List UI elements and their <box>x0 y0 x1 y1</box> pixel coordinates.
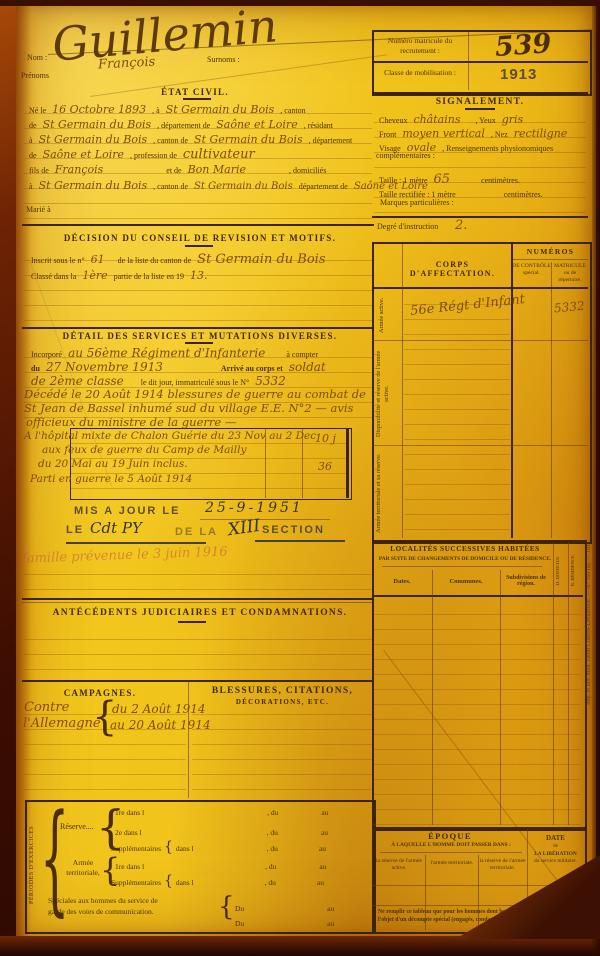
epoque-subtitle: À LAQUELLE L'HOMME DOIT PASSER DANS : <box>376 842 526 848</box>
matricule-box-divider <box>372 61 588 63</box>
au-label: au <box>327 904 334 913</box>
photo-right-edge <box>592 0 600 956</box>
subdivisions-col-label: Subdivisions de région. <box>498 575 554 587</box>
departement-label: , département <box>309 136 353 145</box>
stamp-underline1 <box>200 519 330 520</box>
canton-label: , canton <box>280 106 305 115</box>
section-stamp: SECTION <box>262 524 325 536</box>
immatricule-label: le dit jour, immatriculé sous le N° <box>141 378 249 387</box>
au-label: au <box>319 862 326 871</box>
corps-row-matricule: 5332 <box>553 299 585 316</box>
canton-de-label: , canton de <box>153 182 188 191</box>
epoque-ornament <box>380 852 522 853</box>
small-brace: { <box>164 839 173 855</box>
liste-numero: 61 <box>91 253 105 266</box>
hospital-days-value1: 10 j <box>315 432 336 445</box>
liste-canton-value: St Germain du Bois <box>197 252 325 267</box>
liberation-col-label: DATE de LA LIBÉRATION du service militai… <box>528 834 583 865</box>
son-of-label: fils de <box>29 166 49 175</box>
speciales-line2: garde des voies de communication. <box>48 907 154 916</box>
deces-line3: officieux du ministre de la guerre — <box>26 415 236 429</box>
de-label: de <box>29 121 37 130</box>
photo-top-edge <box>0 0 600 6</box>
du-label: , du <box>267 808 278 817</box>
centimetres-label: centimètres. <box>504 190 543 199</box>
reserve-row1: 1re dans l, duau <box>112 808 332 817</box>
mother-name: Bon Marie <box>188 163 246 176</box>
firstname-handwritten: François <box>98 55 156 73</box>
hospital-days-value2: 36 <box>318 460 332 473</box>
residant-label: , résidant <box>304 121 333 130</box>
complementaires-label: complémentaires : <box>376 151 435 160</box>
departement-de-label: département de <box>299 182 348 191</box>
surnoms-label: Surnoms : <box>207 55 240 64</box>
liberation-word: LA LIBÉRATION <box>534 851 577 857</box>
disponibilite-side-label: Disponibilité et réserve de l'armée acti… <box>375 348 391 440</box>
decision-title: DÉCISION DU CONSEIL DE REVISION ET MOTIF… <box>60 233 340 243</box>
profession-label: , profession de <box>130 151 177 160</box>
marie-label: Marié à <box>26 205 51 214</box>
deces-line2: St Jean de Bassel inhumé sud du village … <box>24 401 353 415</box>
post-stamp-ruling <box>24 560 372 596</box>
matricule-number-value: 539 <box>494 28 552 63</box>
reserve-2e-label: 2e dans l <box>115 828 142 837</box>
campagne-date-debut: du 2 Août 1914 <box>112 702 205 716</box>
de-label: de <box>29 151 37 160</box>
commandant-pen: Cdt PY <box>90 519 142 537</box>
matricule-repertoire-col: MATRICULE ou de répertoire. <box>552 263 588 284</box>
reserve-1re-label: 1re dans l <box>115 808 144 817</box>
degre-instruction-value: 2. <box>455 218 467 233</box>
degre-instruction-label: Degré d'instruction <box>377 222 438 231</box>
signalement-title: SIGNALEMENT. <box>400 97 560 107</box>
reserve-row3: Supplémentaires{dans l, duau <box>108 838 329 856</box>
mis-a-jour-date-pen: 25-9-1951 <box>205 500 304 516</box>
dans-label: dans l <box>176 878 194 887</box>
epoque-col2-label: l'armée territoriale. <box>426 860 478 867</box>
partie-liste-label: partie de la liste en 19 <box>114 272 184 281</box>
canton-de-label: , canton de <box>153 136 188 145</box>
inscrit-label: Inscrit sous le n° <box>31 256 85 265</box>
residence-col-label: R. RÉSIDENCE. <box>570 548 575 592</box>
campagnes-divider <box>188 680 189 798</box>
mobilisation-class-label: Classe de mobilisation : <box>376 68 464 78</box>
antecedents-title: ANTÉCÉDENTS JUDICIAIRES ET CONDAMNATIONS… <box>40 608 360 618</box>
armee-active-side-label: Armée active. <box>378 292 385 338</box>
immatricule-number: 5332 <box>255 374 286 388</box>
corps-affectation-title: CORPS D'AFFECTATION. <box>395 260 510 278</box>
au-label: au <box>319 844 326 853</box>
photo-left-edge <box>0 0 16 956</box>
antecedents-title-underline <box>178 621 206 623</box>
service-word: du service militaire. <box>534 858 577 864</box>
dans-label: dans l <box>176 844 194 853</box>
au-label: au <box>321 808 328 817</box>
Du-label: Du <box>235 904 244 913</box>
numeros-title: NUMÉROS <box>513 247 588 256</box>
au-label: au <box>321 828 328 837</box>
services-title: DÉTAIL DES SERVICES ET MUTATIONS DIVERSE… <box>45 331 355 341</box>
classe-label: Classé dans la <box>31 272 76 281</box>
du-label: , du <box>265 878 276 887</box>
matricule-box-vdivider <box>468 32 469 90</box>
prenoms-label: Prénoms <box>21 71 49 80</box>
territoriale-row2: Supplémentaires{dans l, duau <box>108 872 327 890</box>
campagne-contre: Contre <box>24 700 69 715</box>
marques-label: Marques particulières : <box>380 198 454 207</box>
epoque-col3-label: la réserve de l'armée territoriale. <box>478 858 527 873</box>
corps-sidebar-divider <box>402 244 403 538</box>
renseignements-label: , Renseignements physionomiques <box>442 144 553 153</box>
military-record-sheet: Guillemin Nom : Prénoms François Surnoms… <box>0 0 600 956</box>
domicile-col-label: D. DOMICILE. <box>555 548 560 592</box>
localites-header-rule <box>372 595 583 597</box>
annee-value: 13. <box>190 269 208 282</box>
armee-word: Armée <box>73 858 93 867</box>
etat-civil-title: ÉTAT CIVIL. <box>110 87 280 97</box>
Du-label: Du <box>235 919 244 928</box>
speciales-row2: Duau <box>232 913 337 931</box>
partie-value: 1ère <box>82 269 107 282</box>
blessures-ruling <box>192 700 372 795</box>
corps-ruling <box>404 290 510 536</box>
campagne-allemagne: l'Allemagne <box>23 716 101 731</box>
campagne-date-fin: au 20 Août 1914 <box>110 718 211 732</box>
soldat-handwritten: soldat <box>289 360 326 374</box>
controle-special-col: DE CONTRÔLE spécial. <box>512 263 551 277</box>
mis-a-jour-stamp: MIS A JOUR LE <box>74 505 180 517</box>
communes-col-label: Communes. <box>432 578 500 585</box>
antecedents-top-rule1 <box>22 598 374 600</box>
localites-title-underline <box>382 566 542 567</box>
le-stamp: LE <box>66 524 84 536</box>
epoque-title: ÉPOQUE <box>390 831 510 841</box>
blessures-title: BLESSURES, CITATIONS, <box>200 686 365 696</box>
supplementaires-label: Supplémentaires <box>111 878 161 887</box>
classe-handwritten: de 2ème classe <box>31 374 124 388</box>
corps-header-rule <box>372 287 588 289</box>
etat-civil-line6: àSt Germain du Bois, canton deSt Germain… <box>26 176 431 194</box>
parents-place: St Germain du Bois <box>39 179 148 192</box>
hospital-line3: du 20 Mai au 19 Juin inclus. <box>38 458 188 470</box>
at-label: à <box>29 182 33 191</box>
speciales-line1: Spéciales aux hommes du service de <box>48 896 158 905</box>
hospital-line4: Parti en guerre le 5 Août 1914 <box>30 473 192 485</box>
hospital-box-divider3 <box>346 428 349 498</box>
speciales-label: Spéciales aux hommes du service degarde … <box>48 896 218 917</box>
antecedents-ruling <box>24 625 372 677</box>
at-label: à <box>29 136 33 145</box>
de-la-stamp: DE LA <box>175 526 218 538</box>
territoriale-side-label: Armée territoriale et sa réserve. <box>375 452 383 534</box>
au-label: au <box>317 878 324 887</box>
corps-col-divider2 <box>551 262 552 538</box>
corps-row-divider2 <box>372 445 588 446</box>
deces-line1: Décédé le 20 Août 1914 blessures de guer… <box>24 387 366 401</box>
stamp-underline2 <box>66 542 206 544</box>
parents-canton: St Germain du Bois <box>194 181 293 192</box>
au-label: au <box>327 919 334 928</box>
degre-top-rule <box>372 216 588 218</box>
domicilies-label: , domiciliés <box>289 166 326 175</box>
du-label: , du <box>267 828 278 837</box>
matricule-number-label: Numéro matricule du recrutement : <box>376 36 464 56</box>
nom-label: Nom : <box>27 53 47 62</box>
departement-label: , département de <box>157 121 210 130</box>
hospital-line1: A l'hôpital mixte de Chalon Guérie du 23… <box>24 430 316 442</box>
antecedents-top-rule2 <box>22 602 374 603</box>
and-of-label: et de <box>166 166 181 175</box>
territoriale-word: territoriale, <box>66 868 100 877</box>
epoque-col1-label: la réserve de l'armée active. <box>373 858 425 873</box>
signalement-top-rule <box>372 92 588 94</box>
date-word: DATE <box>546 834 565 842</box>
stamp-underline3 <box>255 540 345 542</box>
campagnes-top-rule <box>22 680 374 682</box>
periodes-side-label: PÉRIODES D'EXERCICES <box>29 812 36 918</box>
de-word: de <box>553 843 558 849</box>
territoriale-1re-label: 1re dans l <box>115 862 144 871</box>
liste-canton-label: de la liste du canton de <box>118 256 192 265</box>
du-label: , du <box>265 862 276 871</box>
reserve-label: Réserve.... <box>60 822 94 831</box>
small-brace: { <box>164 873 173 889</box>
dates-col-label: Dates. <box>372 578 432 585</box>
father-name: François <box>55 163 103 176</box>
photo-bottom-edge <box>0 936 600 956</box>
du-label: , du <box>267 844 278 853</box>
at-label: , à <box>152 106 160 115</box>
localites-title: LOCALITÉS SUCCESSIVES HABITÉES <box>380 545 550 553</box>
numeros-underline <box>513 259 588 260</box>
services-top-rule <box>22 327 374 329</box>
hospital-line2: aux feux de guerre du Camp de Mailly <box>42 444 246 456</box>
localites-ruling <box>374 600 581 825</box>
birth-label: Né le <box>29 106 46 115</box>
corps-row-divider1 <box>372 340 588 341</box>
decision-line2: Classé dans la1èrepartie de la liste en … <box>28 266 211 284</box>
decision-top-rule <box>22 224 374 226</box>
mobilisation-class-stamp: 1913 <box>500 66 537 83</box>
localites-subtitle: PAR SUITE DE CHANGEMENTS DE DOMICILE OU … <box>378 556 552 562</box>
